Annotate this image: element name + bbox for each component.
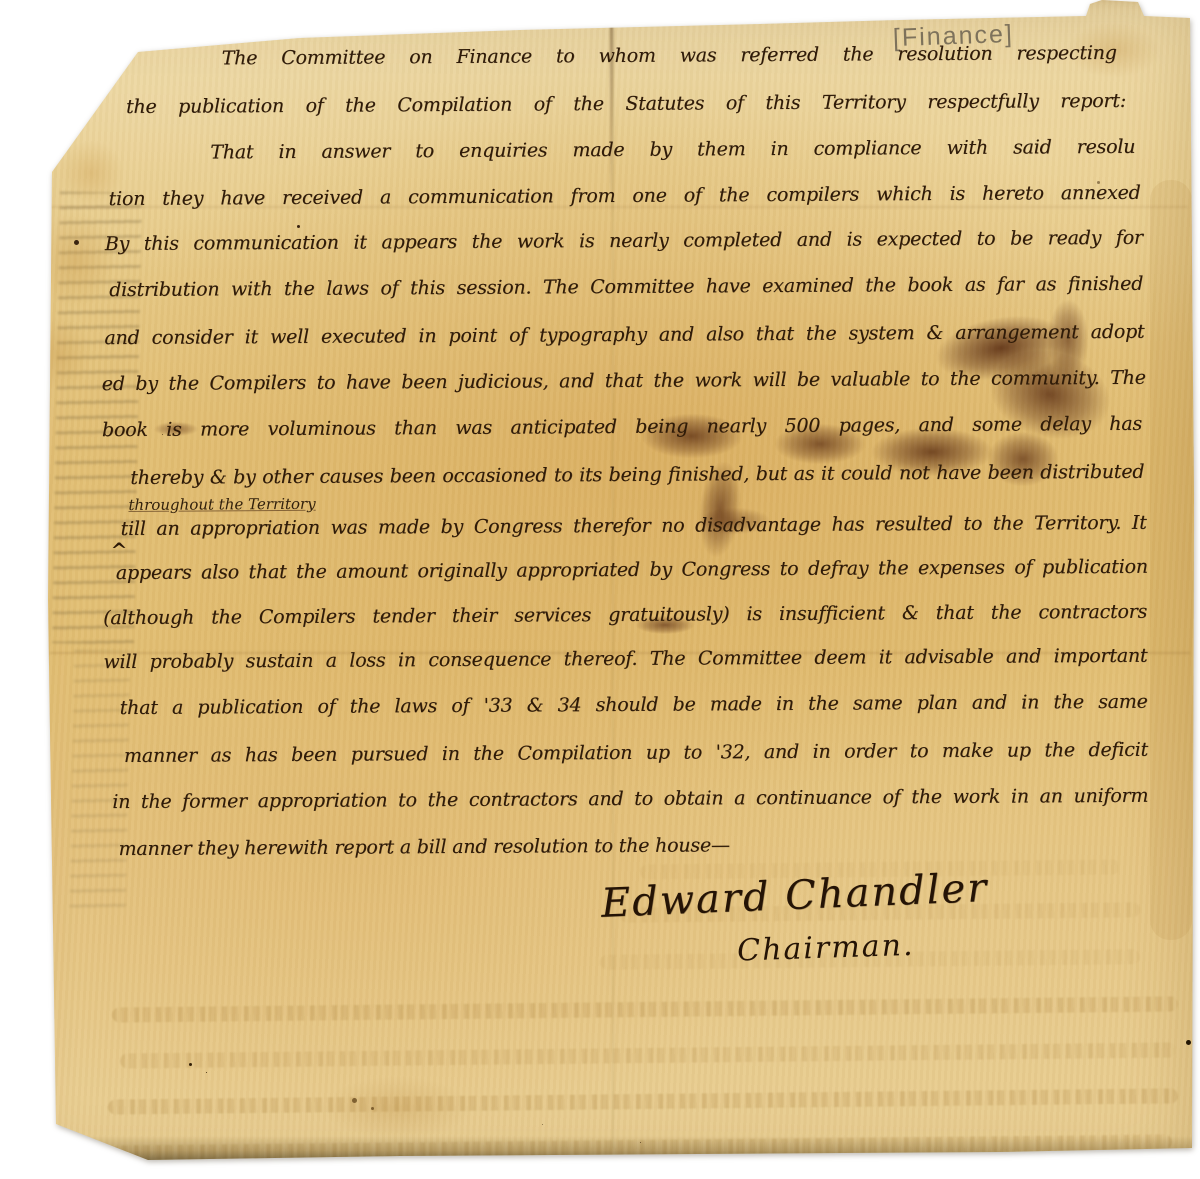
manuscript-line: appears also that the amount originally … bbox=[116, 556, 1148, 586]
inserted-line: throughout the Territory bbox=[128, 497, 315, 513]
manuscript-line: and consider it well executed in point o… bbox=[104, 321, 1144, 351]
manuscript-line: thereby & by other causes been occasione… bbox=[130, 461, 1144, 491]
signature-title: Chairman. bbox=[737, 931, 915, 967]
scanned-document: [Finance] The Committee on Finance to wh… bbox=[0, 0, 1200, 1179]
manuscript-line: the publication of the Compilation of th… bbox=[126, 90, 1126, 120]
manuscript-line: (although the Compilers tender their ser… bbox=[103, 601, 1147, 631]
manuscript-page: [Finance] The Committee on Finance to wh… bbox=[0, 0, 1200, 1179]
manuscript-text: The Committee on Finance to whom was ref… bbox=[0, 0, 1200, 1179]
stray-ink-mark bbox=[388, 10, 401, 18]
manuscript-line: till an appropriation was made by Congre… bbox=[121, 512, 1147, 542]
manuscript-line: That in answer to enquiries made by them… bbox=[210, 136, 1135, 165]
manuscript-line: manner they herewith report a bill and r… bbox=[119, 834, 730, 861]
manuscript-line: The Committee on Finance to whom was ref… bbox=[222, 42, 1117, 71]
manuscript-line: By this communication it appears the wor… bbox=[105, 227, 1143, 257]
manuscript-line: ed by the Compilers to have been judicio… bbox=[102, 367, 1146, 397]
manuscript-line: manner as has been pursued in the Compil… bbox=[124, 739, 1148, 769]
manuscript-line: distribution with the laws of this sessi… bbox=[109, 273, 1143, 303]
manuscript-line: tion they have received a communication … bbox=[109, 182, 1141, 212]
manuscript-line: in the former appropriation to the contr… bbox=[112, 785, 1148, 815]
manuscript-line: book is more voluminous than was anticip… bbox=[102, 413, 1142, 443]
insertion-caret: ^ bbox=[111, 540, 128, 560]
signature-name: Edward Chandler bbox=[600, 868, 989, 924]
bleed-through-line bbox=[112, 1134, 1172, 1160]
manuscript-line: that a publication of the laws of '33 & … bbox=[120, 691, 1148, 721]
manuscript-line: will probably sustain a loss in conseque… bbox=[103, 645, 1147, 675]
manuscript-page-wrap: [Finance] The Committee on Finance to wh… bbox=[0, 0, 1200, 1179]
